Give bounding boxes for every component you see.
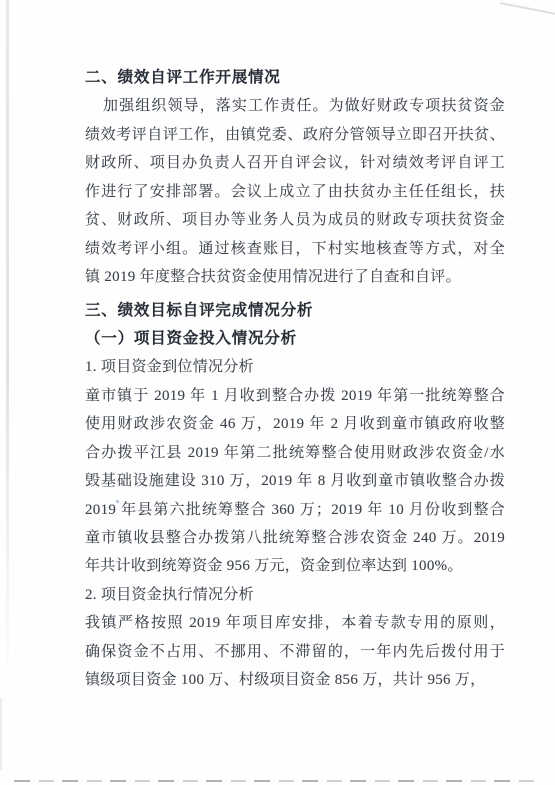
paragraph-1-line-7: 镇 2019 年度整合扶贫资金使用情况进行了自查和自评。 [85,263,505,291]
paragraph-2-line-6: 童市镇收县整合办拨第八批统筹整合涉农资金 240 万。2019 [85,524,505,552]
paragraph-2-line-3: 合办拨平江县 2019 年第二批统筹整合使用财政涉农资金/水 [85,439,505,467]
numbered-subheading-2: 2. 项目资金执行情况分析 [85,581,505,609]
paragraph-3-line-1: 我镇严格按照 2019 年项目库安排，本着专款专用的原则， [85,609,505,637]
numbered-subheading-1: 1. 项目资金到位情况分析 [85,353,505,381]
section-heading-2: 二、绩效自评工作开展情况 [85,64,505,92]
paragraph-2-line-1: 童市镇于 2019 年 1 月收到整合办拨 2019 年第一批统筹整合 [85,382,505,410]
paragraph-2-line-2: 使用财政涉农资金 46 万，2019 年 2 月收到童市镇政府收整 [85,410,505,438]
subsection-heading-1: （一）项目资金投入情况分析 [85,325,505,353]
document-page: 二、绩效自评工作开展情况 加强组织领导，落实工作责任。为做好财政专项扶贫资金 绩… [0,0,555,785]
paragraph-3-line-3: 镇级项目资金 100 万、村级项目资金 856 万，共计 956 万， [85,666,505,694]
paragraph-2-line-7: 年共计收到统筹资金 956 万元，资金到位率达到 100%。 [85,552,505,580]
paragraph-2-line-5: 2019 年县第六批统筹整合 360 万；2019 年 10 月份收到整合 [85,496,505,524]
paragraph-1-line-6: 绩效考评小组。通过核查账目，下村实地核查等方式，对全 [85,235,505,263]
paragraph-1-line-3: 财政所、项目办负责人召开自评会议，针对绩效考评自评工 [85,149,505,177]
scan-left-edge-lower-artifact [0,698,2,770]
section-heading-3: 三、绩效目标自评完成情况分析 [85,297,505,325]
paragraph-1-line-5: 贫、财政所、项目办等业务人员为成员的财政专项扶贫资金 [85,206,505,234]
paragraph-2-line-4: 毁基础设施建设 310 万，2019 年 8 月收到童市镇收整合办拨 [85,467,505,495]
paragraph-1-line-2: 绩效考评自评工作，由镇党委、政府分管领导立即召开扶贫、 [85,121,505,149]
paragraph-1-line-1: 加强组织领导，落实工作责任。为做好财政专项扶贫资金 [85,92,505,120]
paragraph-1-line-4: 作进行了安排部署。会议上成立了由扶贫办主任任组长，扶 [85,178,505,206]
scan-bottom-edge-artifact [14,780,541,782]
scan-corner-scratch-artifact [500,2,555,15]
text-block: 二、绩效自评工作开展情况 加强组织领导，落实工作责任。为做好财政专项扶贫资金 绩… [85,64,505,695]
paragraph-3-line-2: 确保资金不占用、不挪用、不滞留的，一年内先后拨付用于 [85,638,505,666]
scan-left-edge-artifact [6,0,9,694]
